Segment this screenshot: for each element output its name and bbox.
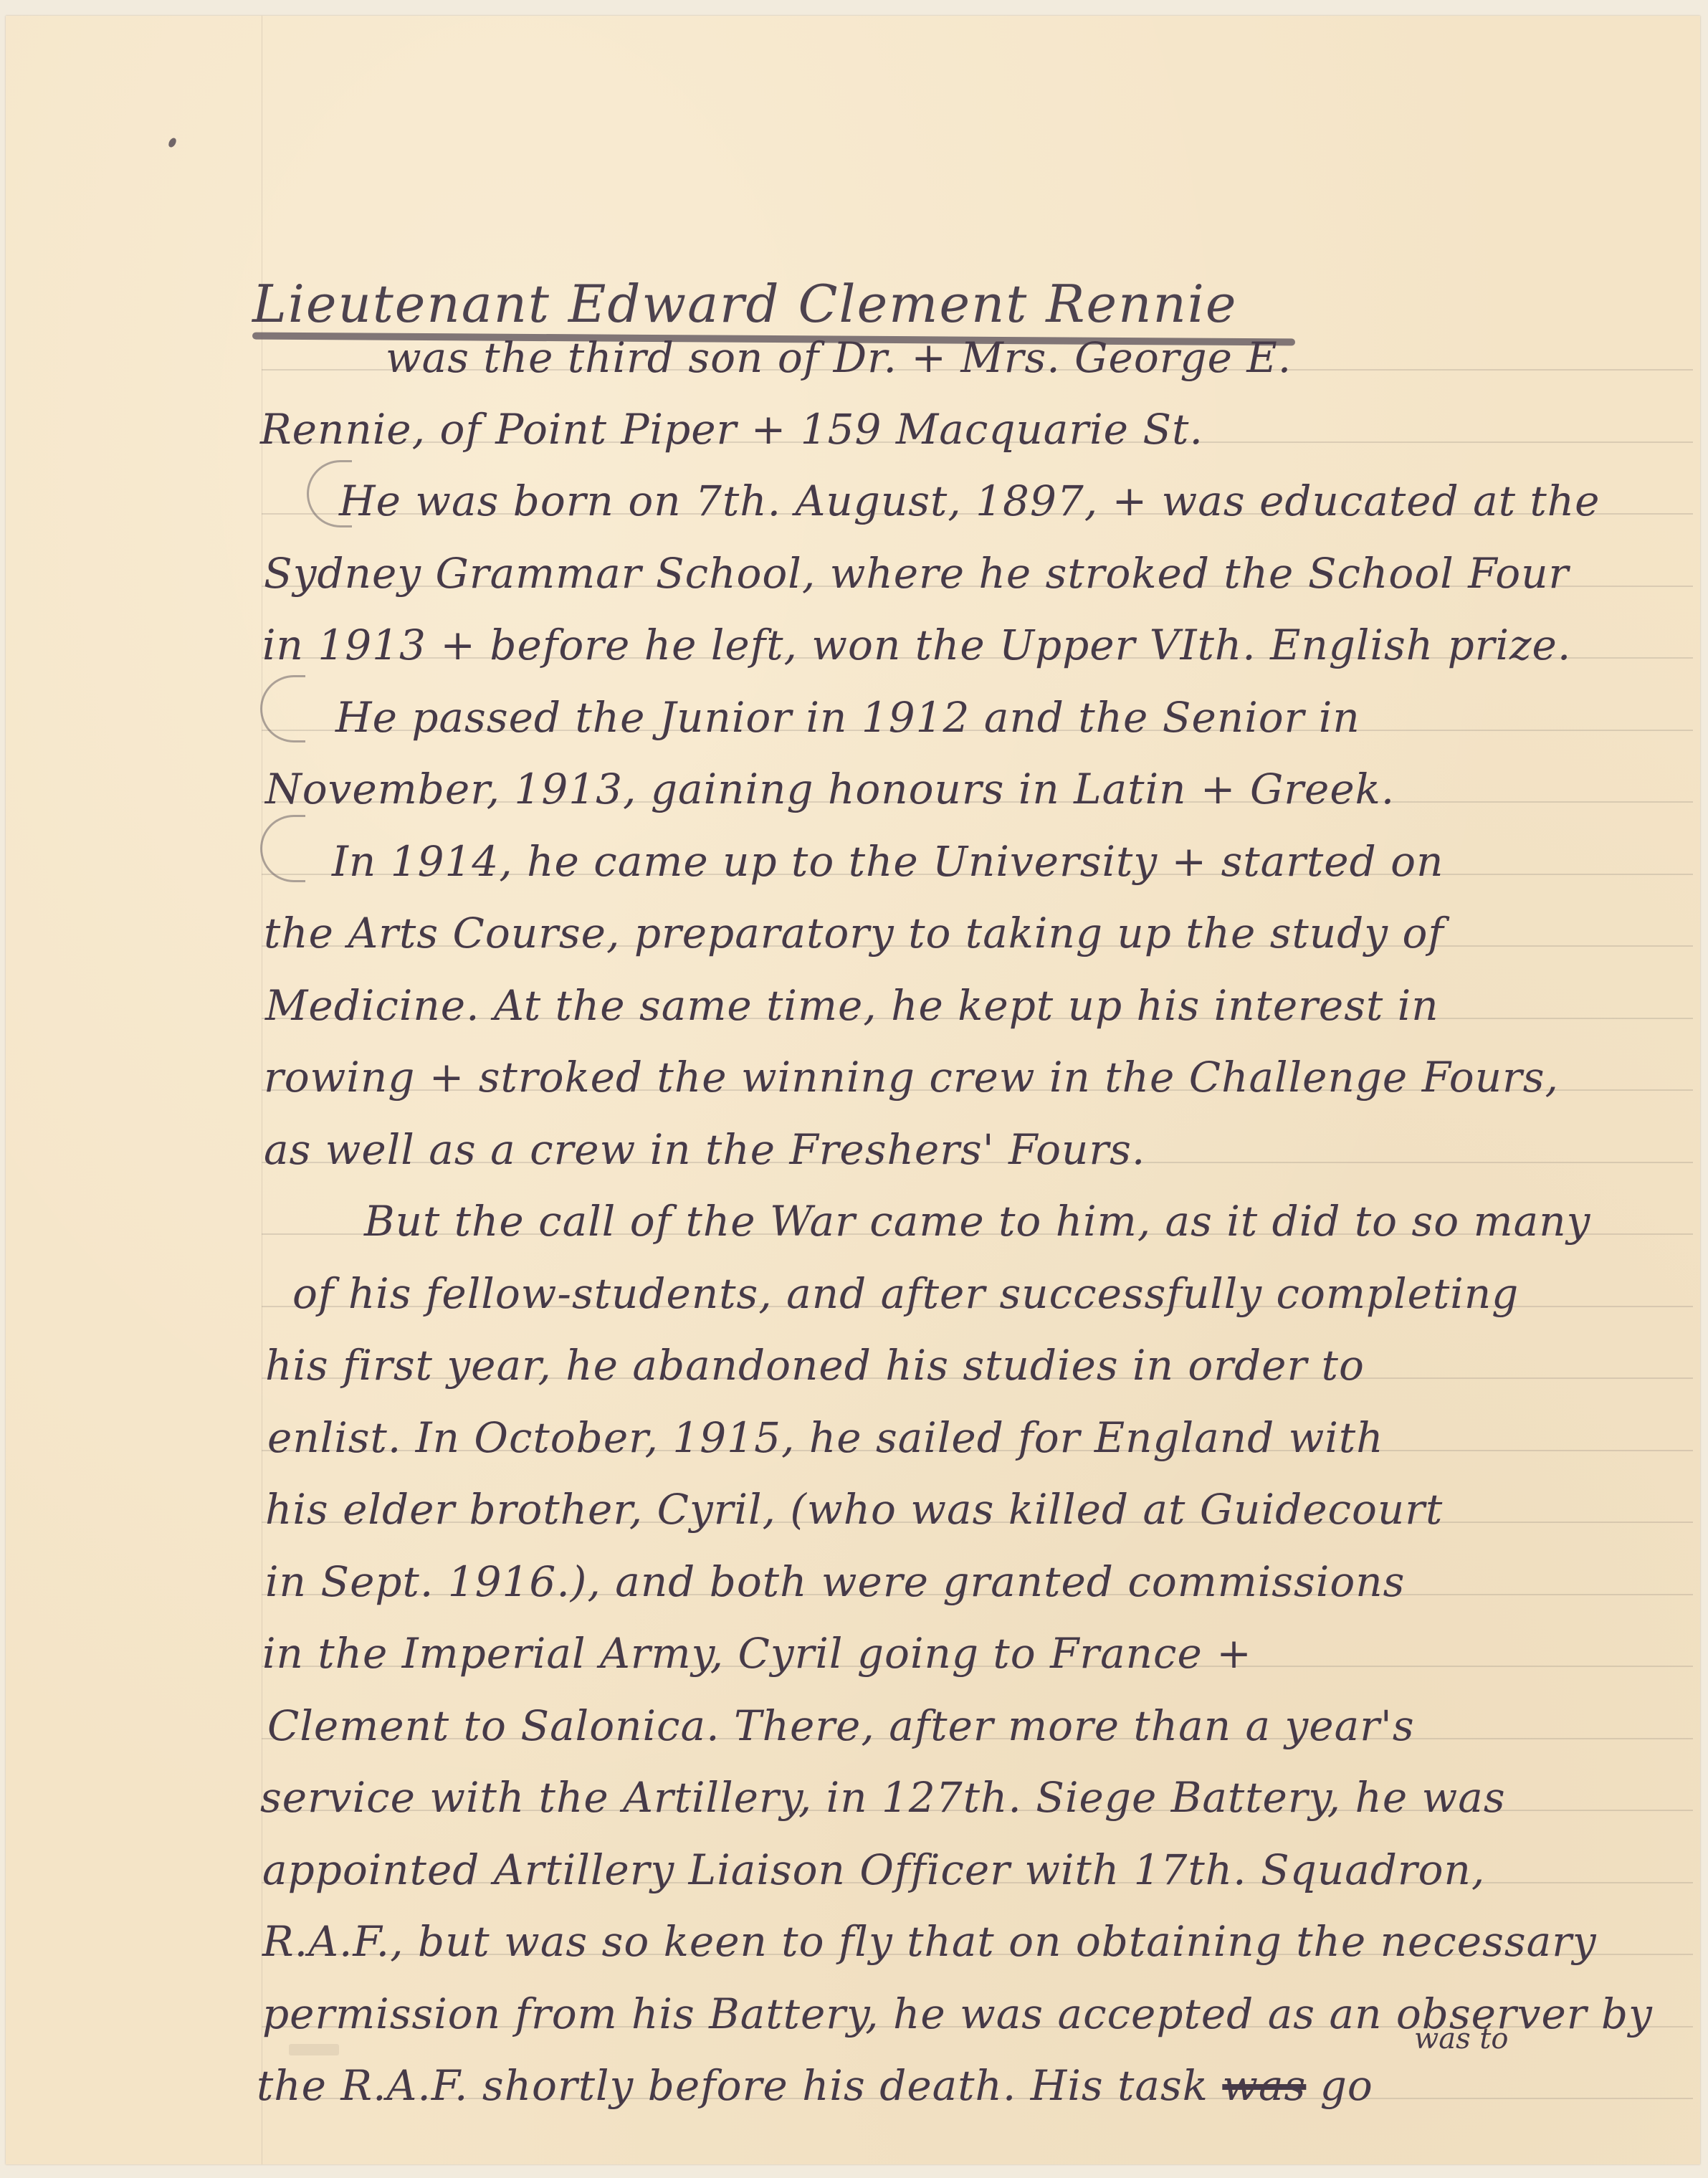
text-line: appointed Artillery Liaison Officer with…	[262, 1849, 1485, 1891]
document-title: Lieutenant Edward Clement Rennie	[252, 274, 1237, 334]
text-segment: the R.A.F. shortly before his death. His…	[257, 2061, 1208, 2110]
insertion-above-line: was to	[1414, 2022, 1508, 2055]
text-line: was the third son of Dr. + Mrs. George E…	[386, 337, 1292, 378]
text-line: in 1913 + before he left, won the Upper …	[262, 624, 1571, 666]
text-line: in Sept. 1916.), and both were granted c…	[265, 1561, 1405, 1603]
text-line: in the Imperial Army, Cyril going to Fra…	[262, 1633, 1252, 1674]
text-line: In 1914, he came up to the University + …	[332, 841, 1444, 882]
text-line: Rennie, of Point Piper + 159 Macquarie S…	[260, 409, 1203, 450]
text-line: his elder brother, Cyril, (who was kille…	[265, 1489, 1443, 1530]
text-line: rowing + stroked the winning crew in the…	[264, 1056, 1559, 1098]
text-line: as well as a crew in the Freshers' Fours…	[264, 1129, 1145, 1170]
pencil-bracket	[260, 815, 305, 882]
text-line: But the call of the War came to him, as …	[364, 1200, 1590, 1242]
faint-stamp-mark	[289, 2044, 339, 2055]
text-line: R.A.F., but was so keen to fly that on o…	[262, 1921, 1597, 1962]
text-line-last: the R.A.F. shortly before his death. His…	[257, 2065, 1373, 2106]
text-line: the Arts Course, preparatory to taking u…	[264, 912, 1444, 954]
pencil-bracket	[260, 675, 305, 742]
text-line: enlist. In October, 1915, he sailed for …	[267, 1417, 1384, 1458]
text-line: He was born on 7th. August, 1897, + was …	[339, 480, 1600, 522]
text-line: of his fellow-students, and after succes…	[292, 1273, 1519, 1314]
text-line: Clement to Salonica. There, after more t…	[267, 1705, 1415, 1747]
ink-blot	[167, 137, 178, 149]
text-line: service with the Artillery, in 127th. Si…	[260, 1777, 1506, 1818]
text-line: November, 1913, gaining honours in Latin…	[265, 768, 1395, 810]
text-line: Sydney Grammar School, where he stroked …	[264, 553, 1569, 594]
text-segment: go	[1320, 2061, 1373, 2110]
text-line: his first year, he abandoned his studies…	[265, 1344, 1365, 1386]
text-line: He passed the Junior in 1912 and the Sen…	[335, 697, 1360, 738]
struck-word: was	[1222, 2061, 1306, 2110]
manuscript-page: Lieutenant Edward Clement Rennie was the…	[6, 16, 1700, 2164]
text-line: Medicine. At the same time, he kept up h…	[265, 985, 1439, 1026]
